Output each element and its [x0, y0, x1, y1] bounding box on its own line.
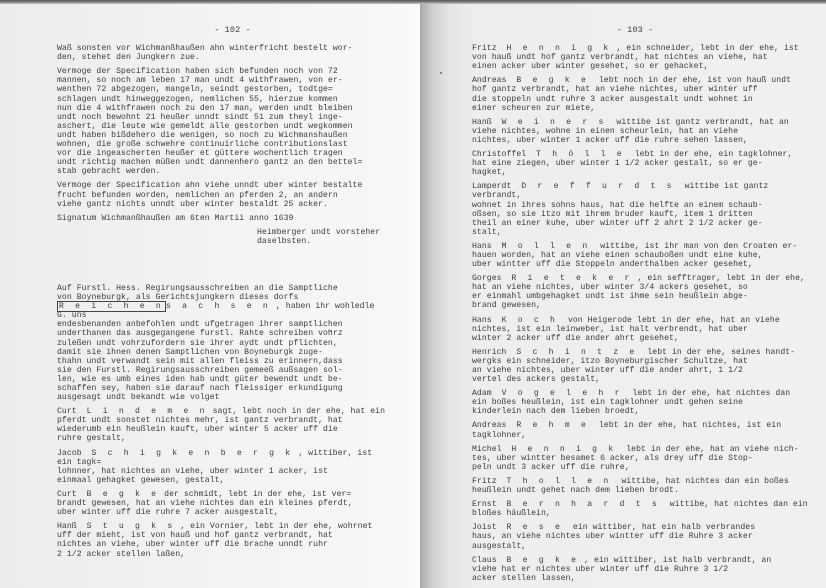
household-entry: Christoffel T h ö l l e lebt in der ehe,…	[472, 150, 810, 177]
left-page: - 102 - Waß sonsten vor Wichmanßhaußen a…	[0, 4, 420, 588]
entry-first-name: Hans	[472, 316, 502, 325]
household-entry: Joist R e s e ein wittiber, hat ein halb…	[472, 523, 810, 550]
entry-first-name: Andreas	[472, 421, 516, 430]
entry-surname: T h ö l l e	[536, 150, 625, 159]
household-entry: Curt B e g k e der schmidt, lebt in der …	[57, 490, 386, 517]
paragraph-intro: Auf Furstl. Hess. Regirungsausschreiben …	[57, 284, 386, 402]
entry-surname: B e g k e	[506, 556, 579, 565]
entry-first-name: Joist	[472, 523, 506, 532]
entry-first-name: Michel	[472, 445, 511, 454]
entry-surname: D r e f f u r d t s	[521, 182, 674, 191]
household-entry: Hans K o c h von Heigerode lebt in der e…	[472, 316, 810, 343]
entry-surname: S c h i g k e n b e r g k	[91, 449, 293, 458]
entry-surname: T h o l l e n	[506, 477, 611, 486]
entry-first-name: Lamperdt	[472, 182, 521, 191]
household-entry: Ernst B e r n h a r d t s wittibe, hat n…	[472, 500, 810, 518]
entry-surname: H e n n i g k	[511, 445, 616, 454]
entry-first-name: Hanß	[472, 118, 502, 127]
document-spread: - 102 - Waß sonsten vor Wichmanßhaußen a…	[0, 0, 826, 588]
paragraph-specification-livestock: Vermoge der Specification ahn viehe unnd…	[57, 181, 386, 208]
entry-surname: K o c h	[502, 316, 559, 325]
entry-surname: R i e t e k e r	[511, 274, 632, 283]
paragraph-signatum: Signatum Wichmanßhaußen am 6ten Martii a…	[57, 214, 386, 223]
entry-surname: W e i n e r s	[502, 118, 607, 127]
household-entry: Hanß S t u g k s , ein Vornier, lebt in …	[57, 522, 386, 558]
entry-first-name: Claus	[472, 556, 506, 565]
household-entry: Hans M o l l e n wittibe, ist ihr man vo…	[472, 242, 810, 269]
paragraph-winter-crop: Waß sonsten vor Wichmanßhaußen ahn winte…	[57, 44, 386, 62]
household-entry: Henrich S c h i n t z e lebt in der ehe,…	[472, 348, 810, 384]
household-entry: Claus B e g k e , ein wittiber, ist halb…	[472, 556, 810, 583]
signature-block: Heimberger undt vorsteher daselbsten.	[257, 228, 386, 246]
entry-surname: M o l l e n	[502, 242, 591, 251]
household-entry: Fritz H e n n i g k , ein schneider, leb…	[472, 44, 810, 71]
intro-line-1: Auf Furstl. Hess. Regirungsausschreiben …	[57, 284, 338, 293]
entry-surname: H e n n i g k	[506, 44, 611, 53]
right-page: - 103 - Fritz H e n n i g k , ein schnei…	[420, 4, 826, 588]
paragraph-specification-men: Vermoge der Specification haben sich bef…	[57, 67, 386, 176]
entry-first-name: Gorges	[472, 274, 511, 283]
entry-first-name: Henrich	[472, 348, 516, 357]
entry-surname: L i n d e m e n	[87, 407, 208, 416]
entry-surname: R e h m e	[516, 421, 589, 430]
household-entry: Gorges R i e t e k e r , ein sefftrager,…	[472, 274, 810, 310]
entry-first-name: Curt	[57, 407, 87, 416]
entry-surname: R e s e	[506, 523, 563, 532]
entry-surname: S c h i n t z e	[516, 348, 637, 357]
place-name-rest: s a c h s e n	[166, 302, 271, 311]
entry-first-name: Christoffel	[472, 150, 536, 159]
household-entry: Andreas R e h m e lebt in der ehe, hat n…	[472, 421, 810, 439]
entry-first-name: Adam	[472, 389, 502, 398]
page-number-right: - 103 -	[472, 26, 810, 35]
entry-first-name: Hanß	[57, 522, 87, 531]
household-entry: Adam V o g e l e h r lebt in der ehe, ha…	[472, 389, 810, 416]
intro-rest: endesbenanden anbefohlen undt ufgetragen…	[57, 320, 343, 402]
household-entry: Jacob S c h i g k e n b e r g k , wittib…	[57, 449, 386, 485]
entry-surname: B e r n h a r d t s	[506, 500, 659, 509]
entry-first-name: Ernst	[472, 500, 506, 509]
household-entry: Hanß W e i n e r s wittibe ist gantz ver…	[472, 118, 810, 145]
scan-speck	[330, 330, 332, 332]
scan-speck	[440, 72, 442, 74]
household-entry: Fritz T h o l l e n wittibe, hat nichtes…	[472, 477, 810, 495]
household-entry: Andreas B e g k e lebt noch in der ehe, …	[472, 76, 810, 112]
entry-surname: S t u g k s	[87, 522, 176, 531]
household-entry: Curt L i n d e m e n sagt, lebt noch in …	[57, 407, 386, 443]
entry-surname: V o g e l e h r	[502, 389, 623, 398]
household-entry: Michel H e n n i g k lebt in der ehe, ha…	[472, 445, 810, 472]
entry-first-name: Fritz	[472, 44, 506, 53]
entry-first-name: Hans	[472, 242, 502, 251]
page-number-left: - 102 -	[57, 26, 386, 35]
entry-first-name: Curt	[57, 490, 87, 499]
section-gap	[57, 246, 386, 284]
entry-first-name: Jacob	[57, 449, 91, 458]
right-entries-list: Fritz H e n n i g k , ein schneider, leb…	[472, 44, 810, 583]
household-entry: Lamperdt D r e f f u r d t s wittibe ist…	[472, 182, 810, 237]
entry-first-name: Fritz	[472, 477, 506, 486]
left-entries-list: Curt L i n d e m e n sagt, lebt noch in …	[57, 407, 386, 558]
entry-surname: B e g k e	[87, 490, 160, 499]
